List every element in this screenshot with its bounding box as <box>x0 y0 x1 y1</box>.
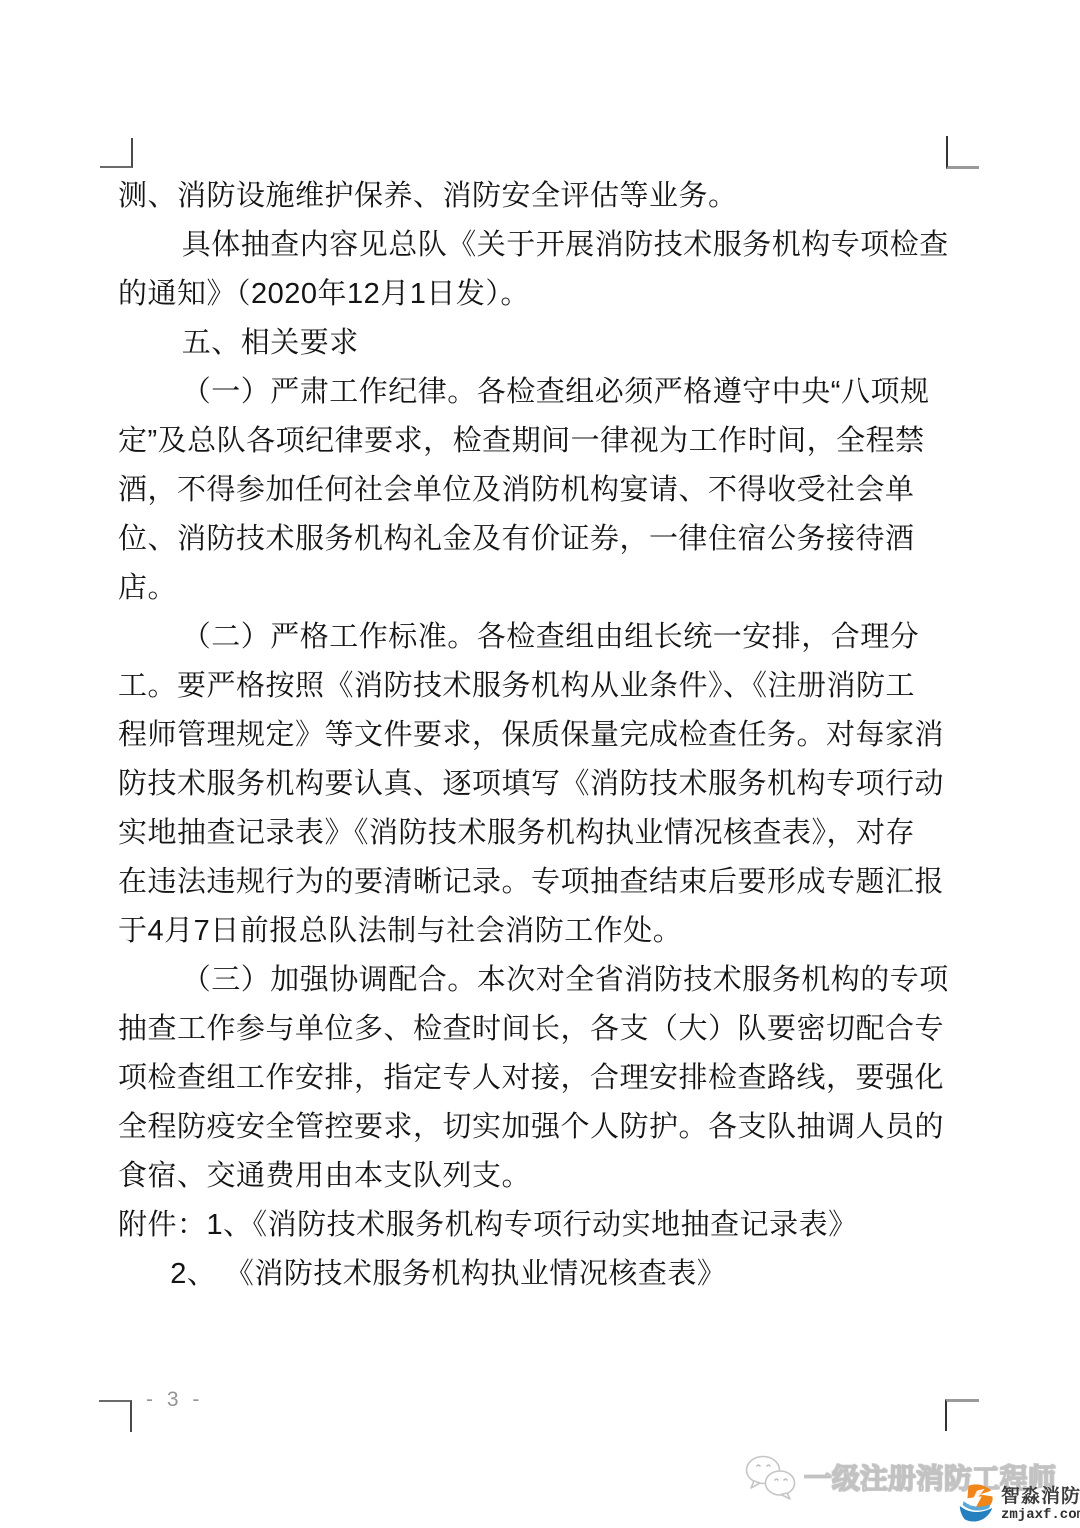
doc-line: 食宿、交通费用由本支队列支。 <box>118 1152 950 1201</box>
doc-line: （三）加强协调配合。本次对全省消防技术服务机构的专项 <box>118 956 950 1005</box>
doc-line: 店。 <box>118 564 950 613</box>
doc-line: 工。要严格按照《消防技术服务机构从业条件》、《注册消防工 <box>118 662 950 711</box>
doc-line: （一）严肃工作纪律。各检查组必须严格遵守中央“八项规 <box>118 368 950 417</box>
doc-line: 于4月7日前报总队法制与社会消防工作处。 <box>118 907 950 956</box>
doc-line: 具体抽查内容见总队《关于开展消防技术服务机构专项检查 <box>118 221 950 270</box>
document-body: 测、消防设施维护保养、消防安全评估等业务。 具体抽查内容见总队《关于开展消防技术… <box>118 172 950 1299</box>
doc-line: 在违法违规行为的要清晰记录。专项抽查结束后要形成专题汇报 <box>118 858 950 907</box>
crop-mark-top-left-icon <box>100 138 133 168</box>
crop-mark-top-right-icon <box>946 136 979 169</box>
doc-line: 全程防疫安全管控要求，切实加强个人防护。各支队抽调人员的 <box>118 1103 950 1152</box>
document-page: 测、消防设施维护保养、消防安全评估等业务。 具体抽查内容见总队《关于开展消防技术… <box>0 0 1080 1528</box>
attachment-line-1: 附件：1、《消防技术服务机构专项行动实地抽查记录表》 <box>118 1201 950 1250</box>
page-number: - 3 - <box>146 1388 203 1412</box>
attachment-line-2: 2、 《消防技术服务机构执业情况核查表》 <box>118 1250 950 1299</box>
section-heading: 五、相关要求 <box>118 319 950 368</box>
brand-logo: 智淼消防 zmjaxf.com <box>956 1483 1080 1525</box>
wechat-icon <box>742 1453 800 1501</box>
brand-url: zmjaxf.com <box>1001 1508 1080 1522</box>
doc-line: 位、消防技术服务机构礼金及有价证券，一律住宿公务接待酒 <box>118 515 950 564</box>
crop-mark-bottom-left-icon <box>99 1400 132 1432</box>
doc-line: 程师管理规定》等文件要求，保质保量完成检查任务。对每家消 <box>118 711 950 760</box>
crop-mark-bottom-right-icon <box>945 1399 979 1431</box>
doc-line: 测、消防设施维护保养、消防安全评估等业务。 <box>118 172 950 221</box>
doc-line: 酒，不得参加任何社会单位及消防机构宴请、不得收受社会单 <box>118 466 950 515</box>
brand-name: 智淼消防 <box>1001 1487 1080 1506</box>
doc-line: 项检查组工作安排，指定专人对接，合理安排检查路线，要强化 <box>118 1054 950 1103</box>
doc-line: 的通知》（2020年12月1日发）。 <box>118 270 950 319</box>
doc-line: （二）严格工作标准。各检查组由组长统一安排，合理分 <box>118 613 950 662</box>
zhimiao-logo-icon <box>956 1483 998 1525</box>
doc-line: 定”及总队各项纪律要求，检查期间一律视为工作时间，全程禁 <box>118 417 950 466</box>
doc-line: 防技术服务机构要认真、逐项填写《消防技术服务机构专项行动 <box>118 760 950 809</box>
doc-line: 实地抽查记录表》《消防技术服务机构执业情况核查表》，对存 <box>118 809 950 858</box>
doc-line: 抽查工作参与单位多、检查时间长，各支（大）队要密切配合专 <box>118 1005 950 1054</box>
